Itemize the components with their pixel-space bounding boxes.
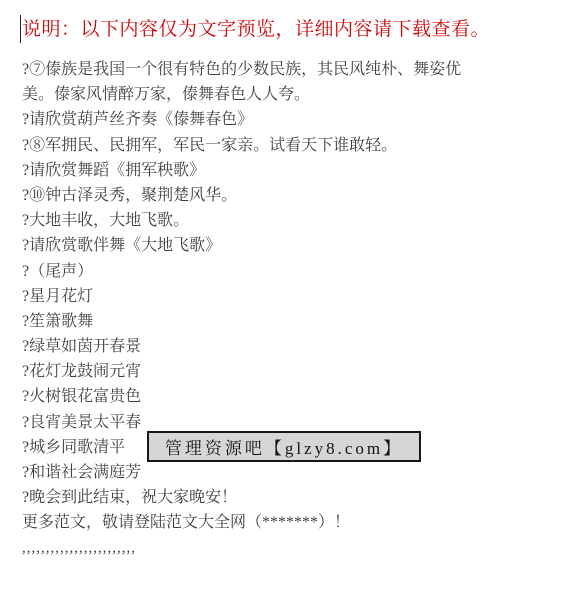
text-line-17: ?晚会到此结束，祝大家晚安！	[22, 485, 567, 510]
text-line-10: ?笙箫歌舞	[22, 309, 567, 334]
text-line-8: ?（尾声）	[22, 259, 567, 284]
text-line-0: ?⑦傣族是我国一个很有特色的少数民族，其民风纯朴、舞姿优	[22, 57, 567, 82]
text-line-13: ?火树银花富贵色	[22, 384, 567, 409]
text-line-9: ?星月花灯	[22, 284, 567, 309]
text-line-11: ?绿草如茵开春景	[22, 334, 567, 359]
text-line-12: ?花灯龙鼓闹元宵	[22, 359, 567, 384]
watermark-text: 管理资源吧【glzy8.com】	[165, 434, 403, 459]
text-line-4: ?请欣赏舞蹈《拥军秧歌》	[22, 158, 567, 183]
document-preview-page: 说明：以下内容仅为文字预览，详细内容请下载查看。 ?⑦傣族是我国一个很有特色的少…	[0, 0, 578, 600]
text-line-5: ?⑩钟古泽灵秀，聚荆楚风华。	[22, 183, 567, 208]
text-line-6: ?大地丰收，大地飞歌。	[22, 208, 567, 233]
text-line-2: ?请欣赏葫芦丝齐奏《傣舞春色》	[22, 107, 567, 132]
text-line-16: ?和谐社会满庭芳	[22, 460, 567, 485]
text-line-3: ?⑧军拥民、民拥军，军民一家亲。试看天下谁敢轻。	[22, 133, 567, 158]
text-line-7: ?请欣赏歌伴舞《大地飞歌》	[22, 233, 567, 258]
text-line-18: 更多范文，敬请登陆范文大全网（*******）！	[22, 510, 567, 535]
text-line-19: ,,,,,,,,,,,,,,,,,,,,,,,,	[22, 536, 567, 561]
text-cursor	[20, 15, 21, 43]
text-line-1: 美。傣家风情醉万家，傣舞春色人人夸。	[22, 82, 567, 107]
preview-notice-heading: 说明：以下内容仅为文字预览，详细内容请下载查看。	[22, 14, 490, 41]
watermark-box: 管理资源吧【glzy8.com】	[147, 431, 421, 462]
preview-text-body: ?⑦傣族是我国一个很有特色的少数民族，其民风纯朴、舞姿优美。傣家风情醉万家，傣舞…	[22, 57, 567, 561]
